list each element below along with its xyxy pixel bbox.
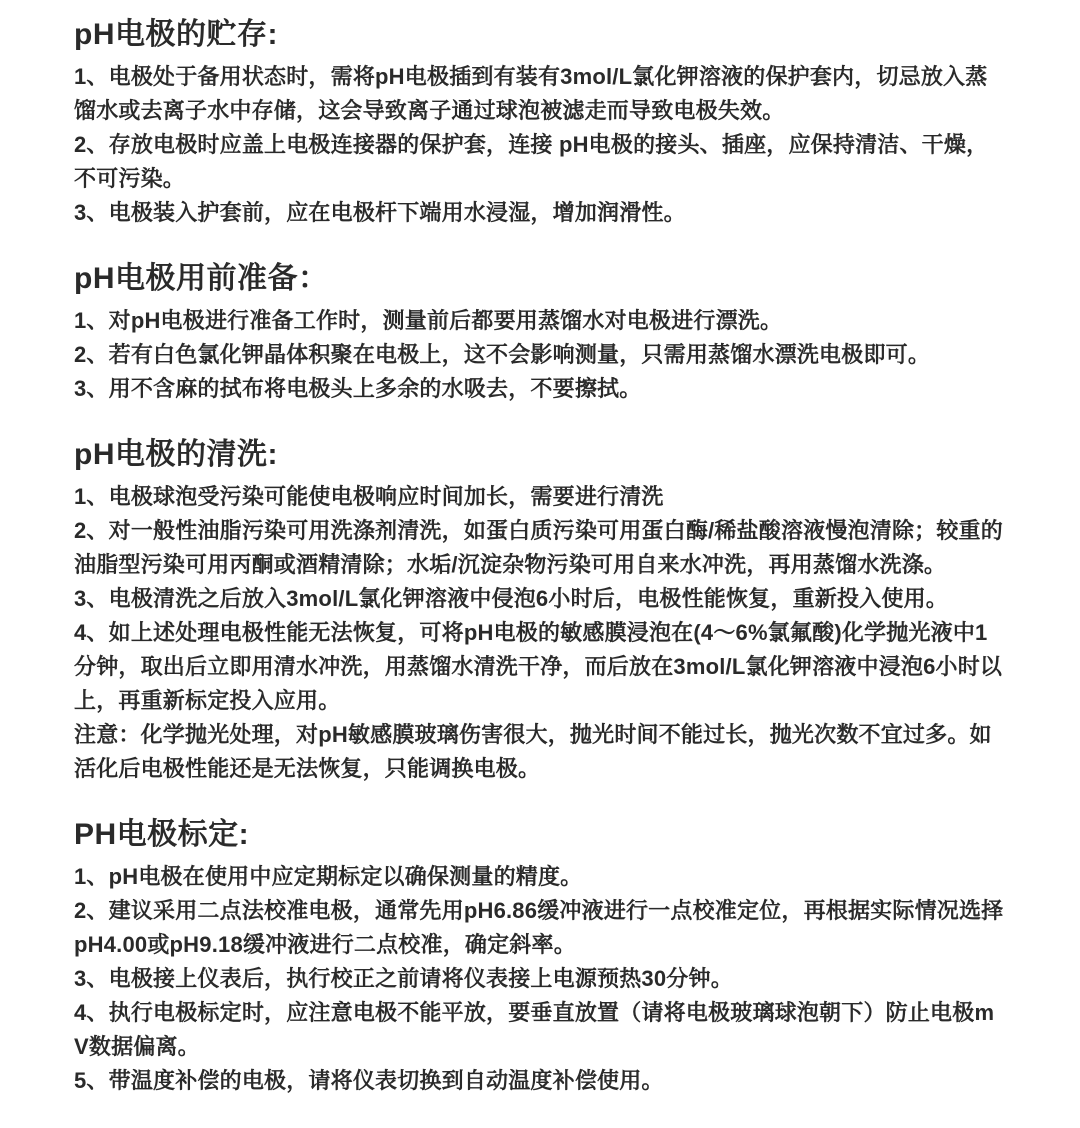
list-item: 3、电极接上仪表后，执行校正之前请将仪表接上电源预热30分钟。 [74, 962, 1006, 996]
list-item: 1、pH电极在使用中应定期标定以确保测量的精度。 [74, 860, 1006, 894]
list-item: 1、电极处于备用状态时，需将pH电极插到有装有3mol/L氯化钾溶液的保护套内，… [74, 60, 1006, 128]
list-item: 2、建议采用二点法校准电极，通常先用pH6.86缓冲液进行一点校准定位，再根据实… [74, 894, 1006, 962]
list-item: 4、如上述处理电极性能无法恢复，可将pH电极的敏感膜浸泡在(4～6%氯氟酸)化学… [74, 616, 1006, 718]
list-item: 2、对一般性油脂污染可用洗涤剂清洗，如蛋白质污染可用蛋白酶/稀盐酸溶液慢泡清除；… [74, 514, 1006, 582]
list-item: 3、电极装入护套前，应在电极杆下端用水浸湿，增加润滑性。 [74, 196, 1006, 230]
document-page: pH电极的贮存: 1、电极处于备用状态时，需将pH电极插到有装有3mol/L氯化… [0, 0, 1080, 1128]
list-item: 3、用不含麻的拭布将电极头上多余的水吸去，不要擦拭。 [74, 372, 1006, 406]
section-heading-preparation: pH电极用前准备： [74, 260, 1006, 298]
list-item: 2、若有白色氯化钾晶体积聚在电极上，这不会影响测量，只需用蒸馏水漂洗电极即可。 [74, 338, 1006, 372]
section-heading-calibration: PH电极标定: [74, 816, 1006, 854]
list-item: 1、对pH电极进行准备工作时，测量前后都要用蒸馏水对电极进行漂洗。 [74, 304, 1006, 338]
section-heading-storage: pH电极的贮存: [74, 16, 1006, 54]
list-item: 1、电极球泡受污染可能使电极响应时间加长，需要进行清洗 [74, 480, 1006, 514]
section-heading-cleaning: pH电极的清洗: [74, 436, 1006, 474]
list-item: 5、带温度补偿的电极，请将仪表切换到自动温度补偿使用。 [74, 1064, 1006, 1098]
list-item: 3、电极清洗之后放入3mol/L氯化钾溶液中侵泡6小时后，电极性能恢复，重新投入… [74, 582, 1006, 616]
section-calibration: PH电极标定: 1、pH电极在使用中应定期标定以确保测量的精度。 2、建议采用二… [74, 816, 1006, 1098]
list-item: 4、执行电极标定时，应注意电极不能平放，要垂直放置（请将电极玻璃球泡朝下）防止电… [74, 996, 1006, 1064]
section-cleaning: pH电极的清洗: 1、电极球泡受污染可能使电极响应时间加长，需要进行清洗 2、对… [74, 436, 1006, 786]
list-item: 2、存放电极时应盖上电极连接器的保护套，连接 pH电极的接头、插座，应保持清洁、… [74, 128, 1006, 196]
section-storage: pH电极的贮存: 1、电极处于备用状态时，需将pH电极插到有装有3mol/L氯化… [74, 16, 1006, 230]
note-item: 注意：化学抛光处理，对pH敏感膜玻璃伤害很大，抛光时间不能过长，抛光次数不宜过多… [74, 718, 1006, 786]
section-preparation: pH电极用前准备： 1、对pH电极进行准备工作时，测量前后都要用蒸馏水对电极进行… [74, 260, 1006, 406]
